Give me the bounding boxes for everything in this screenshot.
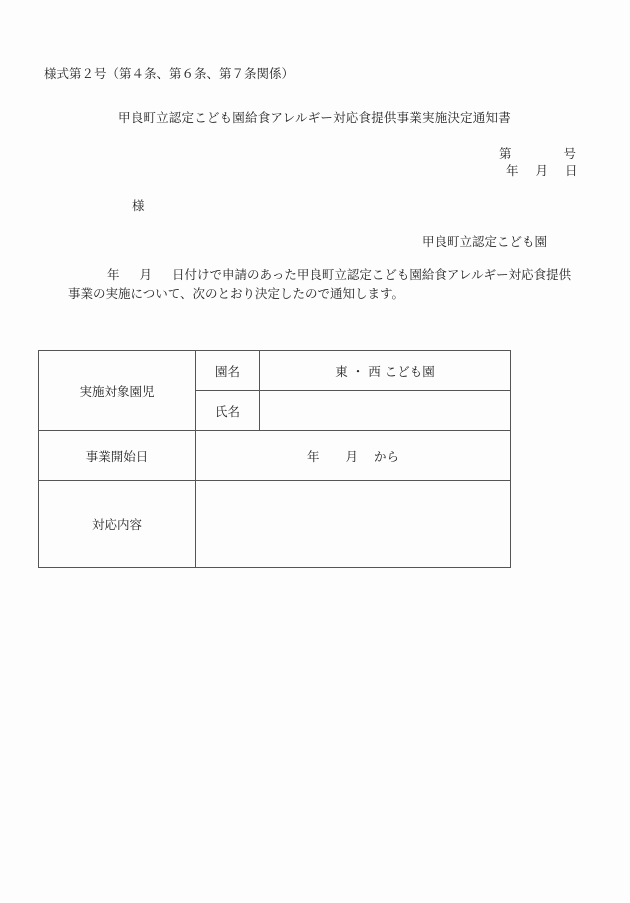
- school-name-label: 園名: [196, 351, 260, 391]
- body-line-1: 年月日付けで申請のあった甲良町立認定こども園給食アレルギー対応食提供: [107, 265, 571, 283]
- body-month: 月: [140, 267, 153, 282]
- start-year: 年: [307, 449, 320, 464]
- child-name-label: 氏名: [196, 391, 260, 431]
- decision-table: 実施対象園児 園名 東 ・ 西 こども園 氏名 事業開始日 年月から 対応内容: [38, 350, 511, 568]
- child-name-value[interactable]: [260, 391, 511, 431]
- school-name-value: 東 ・ 西 こども園: [260, 351, 511, 391]
- addressee: 様: [132, 196, 145, 214]
- content-label: 対応内容: [39, 481, 196, 568]
- document-number-prefix: 第: [499, 146, 512, 161]
- body-year: 年: [107, 267, 120, 282]
- content-value[interactable]: [196, 481, 511, 568]
- form-number: 様式第２号（第４条、第６条、第７条関係）: [44, 64, 294, 82]
- date-day: 日: [565, 163, 578, 178]
- start-month: 月: [345, 449, 358, 464]
- issuer: 甲良町立認定こども園: [422, 232, 547, 250]
- date-month: 月: [536, 163, 549, 178]
- body-text: 日付けで申請のあった甲良町立認定こども園給食アレルギー対応食提供: [172, 267, 571, 282]
- issue-date: 年月日: [506, 161, 578, 179]
- start-date-value: 年月から: [196, 431, 511, 481]
- date-year: 年: [506, 163, 519, 178]
- document-number-suffix: 号: [564, 146, 577, 161]
- document-number: 第号: [499, 144, 576, 162]
- document-title: 甲良町立認定こども園給食アレルギー対応食提供事業実施決定通知書: [118, 108, 511, 126]
- start-from: から: [374, 449, 399, 464]
- start-date-label: 事業開始日: [39, 431, 196, 481]
- body-line-2: 事業の実施について、次のとおり決定したので通知します。: [68, 284, 404, 302]
- target-child-label: 実施対象園児: [39, 351, 196, 431]
